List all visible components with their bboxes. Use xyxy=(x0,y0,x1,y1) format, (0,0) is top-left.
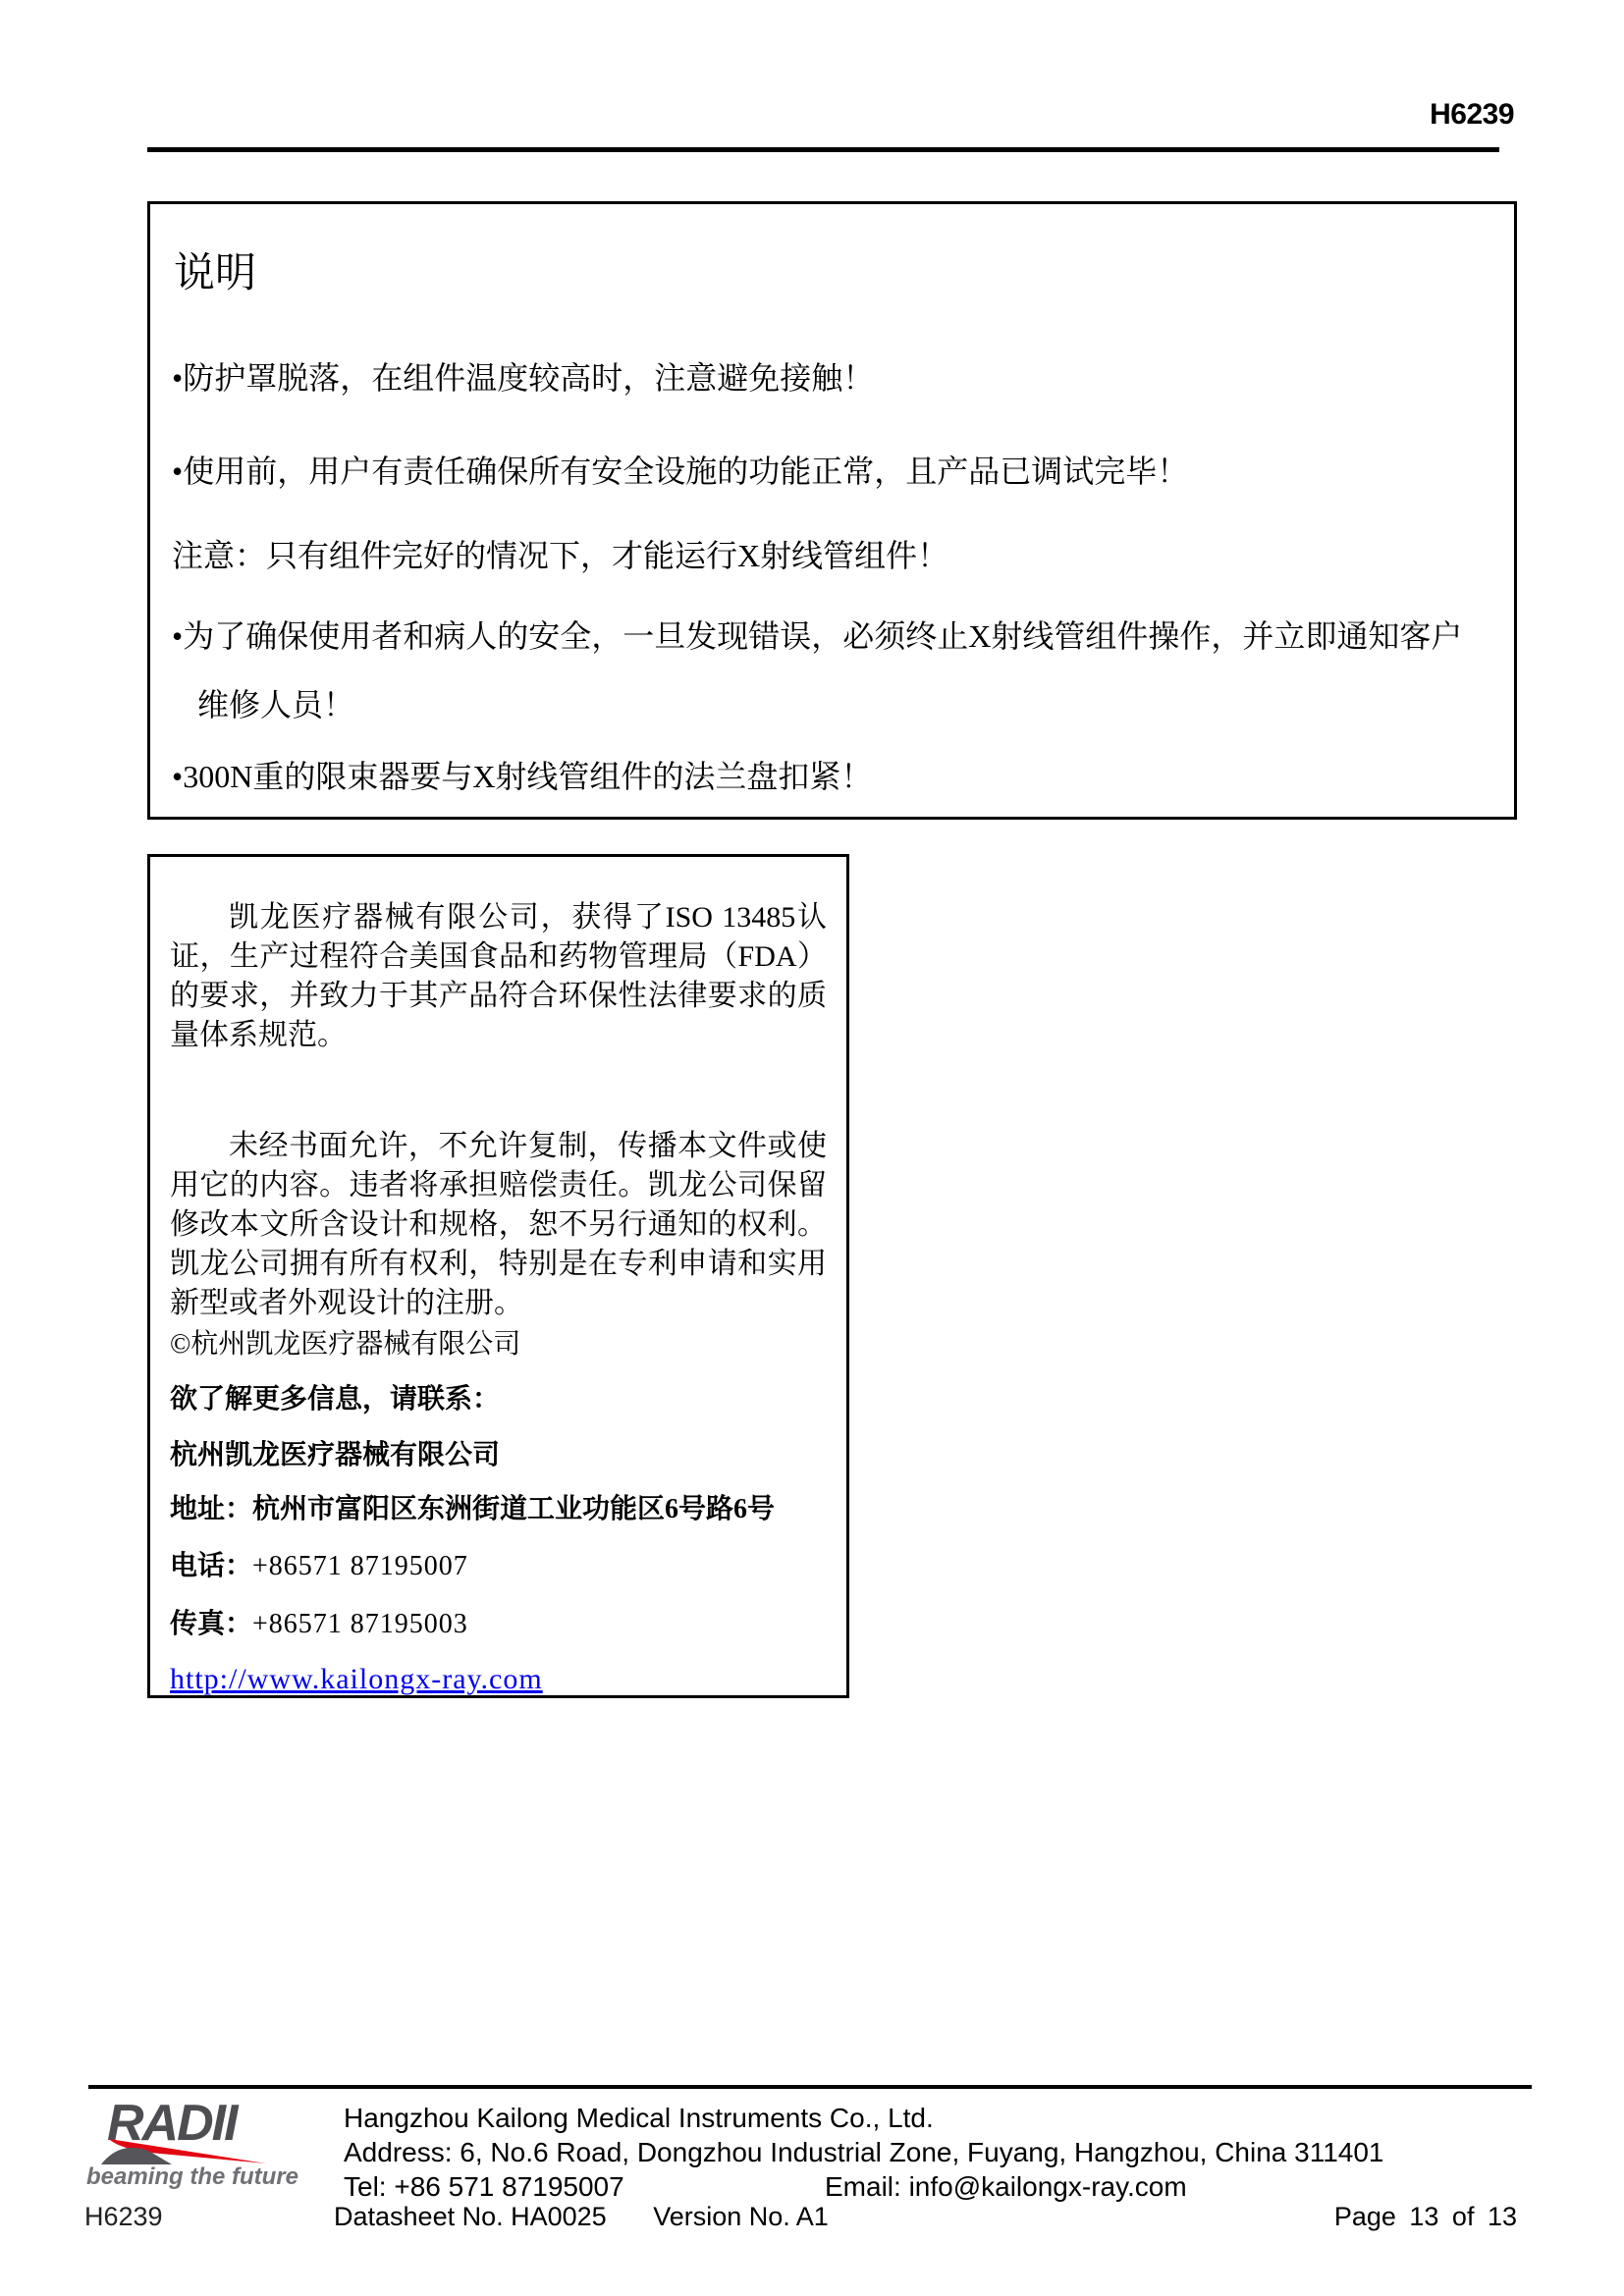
website-link[interactable]: http://www.kailongx-ray.com xyxy=(170,1663,543,1695)
footer-page-number: Page 13 of 13 xyxy=(1334,2202,1517,2232)
fax-label: 传真： xyxy=(170,1609,252,1639)
datasheet-page: H6239 说明 •防护罩脱落，在组件温度较高时，注意避免接触！ •使用前，用户… xyxy=(0,0,1624,2296)
safety-notice-box: 说明 •防护罩脱落，在组件温度较高时，注意避免接触！ •使用前，用户有责任确保所… xyxy=(147,201,1517,820)
footer-datasheet-no: Datasheet No. HA0025 xyxy=(334,2202,607,2231)
phone-label: 电话： xyxy=(170,1551,252,1581)
notice-title: 说明 xyxy=(174,251,1494,296)
address-line-cn: 地址：杭州市富阳区东洲街道工业功能区6号路6号 xyxy=(170,1492,827,1527)
footer-tel: Tel: +86 571 87195007 xyxy=(344,2171,624,2202)
notice-bullet-collimator: •300N重的限束器要与X射线管组件的法兰盘扣紧！ xyxy=(172,755,1494,798)
notice-bullet-safety-cont: 维修人员！ xyxy=(172,683,1494,726)
footer-divider xyxy=(88,2085,1532,2089)
footer-company-name: Hangzhou Kailong Medical Instruments Co.… xyxy=(344,2101,1384,2135)
footer-company-info: Hangzhou Kailong Medical Instruments Co.… xyxy=(344,2101,1384,2204)
footer-datasheet-info: Datasheet No. HA0025 Version No. A1 xyxy=(334,2202,829,2232)
footer-email: Email: info@kailongx-ray.com xyxy=(825,2169,1187,2204)
copyright-paragraph: 未经书面允许，不允许复制，传播本文件或使用它的内容。违者将承担赔偿责任。凯龙公司… xyxy=(170,1127,827,1323)
iso-certification-paragraph: 凯龙医疗器械有限公司，获得了ISO 13485认证，生产过程符合美国食品和药物管… xyxy=(170,898,827,1055)
copyright-line: ©杭州凯龙医疗器械有限公司 xyxy=(170,1327,827,1362)
radii-logo: RADII beaming the future xyxy=(93,2099,329,2192)
notice-bullet-shield: •防护罩脱落，在组件温度较高时，注意避免接触！ xyxy=(172,356,1494,400)
radii-swoosh-icon xyxy=(99,2138,268,2165)
footer-doc-number: H6239 xyxy=(84,2202,163,2232)
footer-tel-email-row: Tel: +86 571 87195007 Email: info@kailon… xyxy=(344,2169,1384,2204)
company-name-cn: 杭州凯龙医疗器械有限公司 xyxy=(170,1438,827,1473)
footer-address: Address: 6, No.6 Road, Dongzhou Industri… xyxy=(344,2135,1384,2169)
notice-attention-line: 注意：只有组件完好的情况下，才能运行X射线管组件！ xyxy=(172,534,1494,577)
company-info-box: 凯龙医疗器械有限公司，获得了ISO 13485认证，生产过程符合美国食品和药物管… xyxy=(147,854,849,1698)
notice-bullet-safety: •为了确保使用者和病人的安全，一旦发现错误，必须终止X射线管组件操作，并立即通知… xyxy=(172,614,1494,658)
fax-value: +86571 87195003 xyxy=(252,1609,468,1639)
footer-version-no: Version No. A1 xyxy=(653,2202,829,2231)
phone-row: 电话：+86571 87195007 xyxy=(170,1549,827,1584)
page-header-doc-number: H6239 xyxy=(1430,98,1514,132)
contact-heading: 欲了解更多信息，请联系： xyxy=(170,1382,827,1417)
notice-bullet-before-use: •使用前，用户有责任确保所有安全设施的功能正常，且产品已调试完毕！ xyxy=(172,450,1494,493)
radii-logo-tagline: beaming the future xyxy=(86,2163,298,2191)
header-divider xyxy=(147,147,1499,152)
fax-row: 传真：+86571 87195003 xyxy=(170,1607,827,1642)
phone-value: +86571 87195007 xyxy=(252,1551,468,1581)
